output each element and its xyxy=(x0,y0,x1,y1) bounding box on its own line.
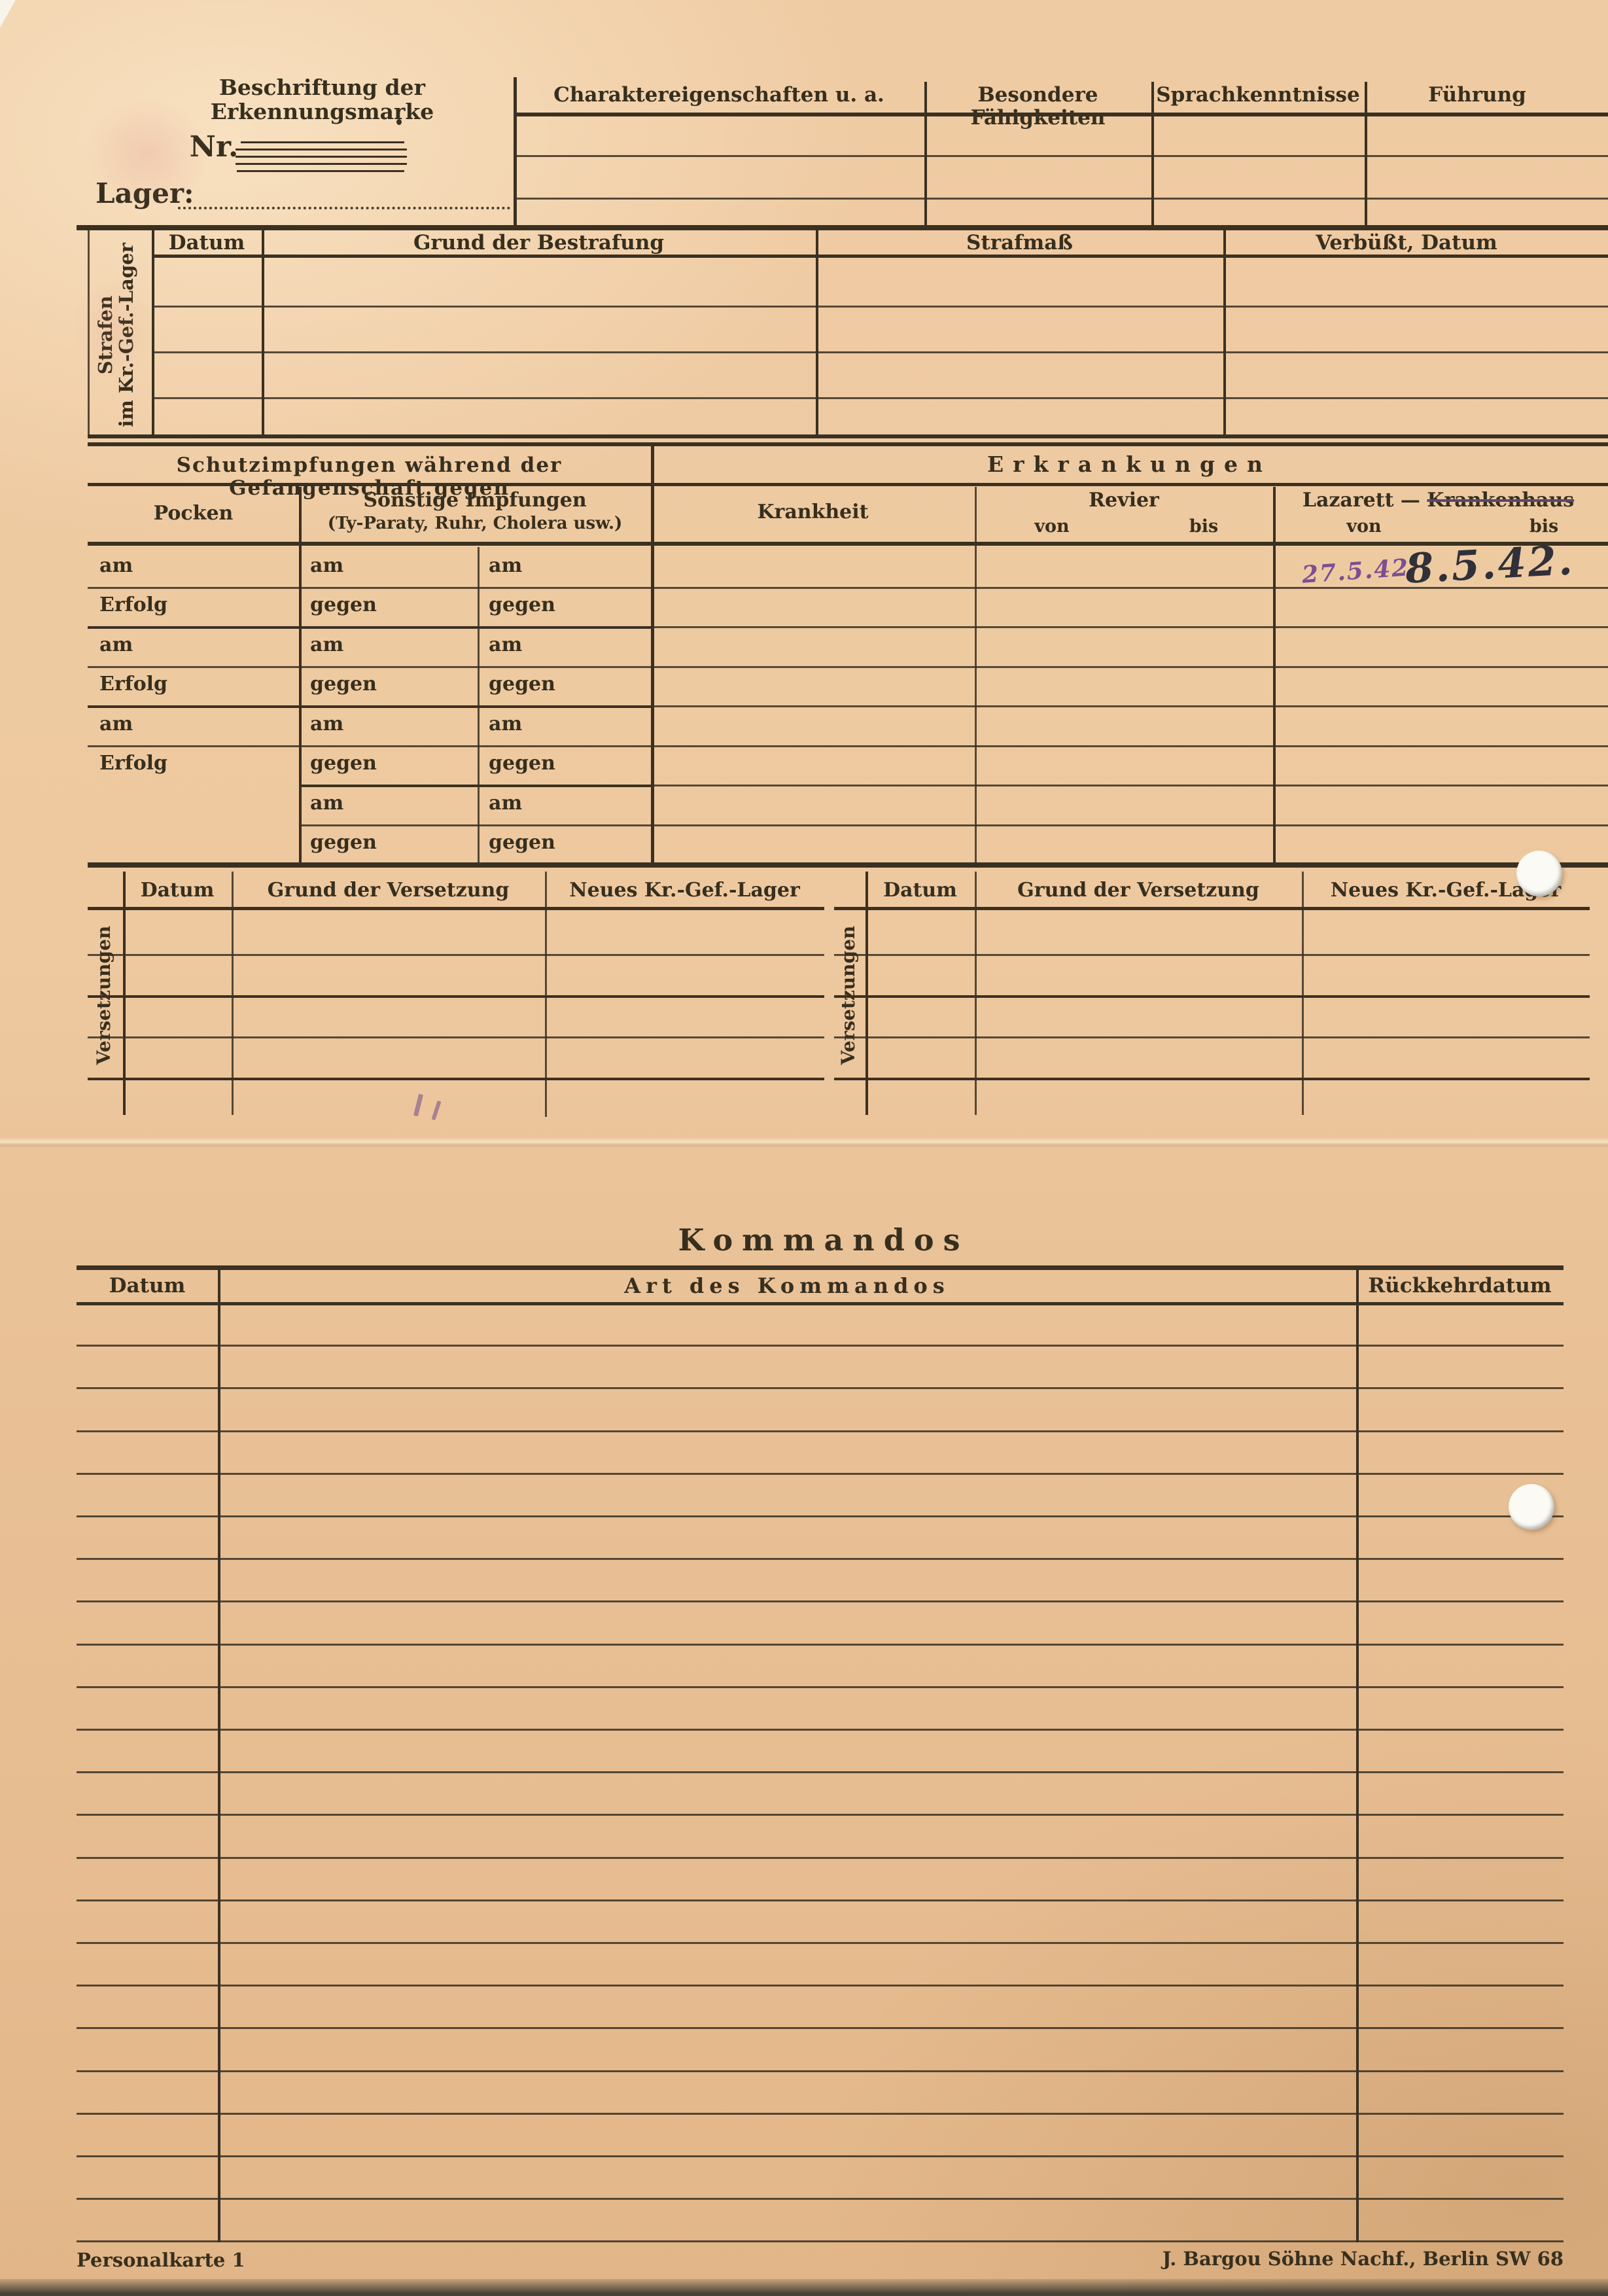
ink-speck xyxy=(413,1094,423,1117)
sonstige1-row-label: gegen xyxy=(310,673,441,696)
rule-line xyxy=(77,2155,1564,2157)
divider-line xyxy=(262,230,264,437)
rule-line xyxy=(88,666,1608,668)
divider-line xyxy=(865,872,868,1115)
hole-punch-bottom xyxy=(1509,1484,1554,1530)
rule-line xyxy=(88,1036,824,1038)
ink-speck xyxy=(432,1101,442,1120)
revier-von-label: von xyxy=(1019,517,1085,537)
col-sonstige-line2: (Ty-Paraty, Ruhr, Cholera usw.) xyxy=(299,514,651,533)
rule-line xyxy=(299,785,651,787)
divider-line xyxy=(123,872,126,1115)
strafen-header-verbuesst: Verbüßt, Datum xyxy=(1223,232,1590,255)
scan-bottom-edge xyxy=(0,2279,1608,2296)
rule-line xyxy=(88,954,824,956)
rule-line xyxy=(77,1985,1564,1987)
rule-line xyxy=(77,1265,1564,1270)
sonstige2-row-label: gegen xyxy=(489,752,620,775)
divider-line xyxy=(299,487,302,864)
rule-line xyxy=(514,113,1608,116)
rule-line xyxy=(88,862,1608,868)
lazarett-prefix: Lazarett — xyxy=(1302,489,1420,512)
rule-line xyxy=(77,2113,1564,2115)
rule-line xyxy=(834,907,1590,910)
handwriting-lazarett-von: 27.5.42 xyxy=(1301,554,1410,588)
sonstige2-row-label: am xyxy=(489,555,620,577)
sonstige1-row-label: am xyxy=(310,634,441,656)
rule-line xyxy=(77,1345,1564,1347)
sonstige2-row-label: gegen xyxy=(489,594,620,616)
divider-line xyxy=(478,547,480,864)
col-krankheit: Krankheit xyxy=(651,501,975,523)
col-revier: Revier xyxy=(975,489,1273,512)
col-pocken: Pocken xyxy=(88,503,299,525)
rule-line xyxy=(88,587,1608,589)
col-lazarett: Lazarett — Krankenhaus xyxy=(1273,489,1603,512)
rule-line xyxy=(77,1686,1564,1688)
rule-line xyxy=(77,1899,1564,1901)
rule-line xyxy=(88,1078,824,1080)
rule-line xyxy=(834,1078,1590,1080)
versetzungen-r-datum: Datum xyxy=(865,879,975,902)
versetzungen-l-datum: Datum xyxy=(123,879,232,902)
rule-line xyxy=(77,1942,1564,1944)
rule-line xyxy=(77,2070,1564,2072)
sonstige1-row-label: am xyxy=(310,555,441,577)
rule-line xyxy=(651,705,1608,707)
rule-line xyxy=(834,1036,1590,1038)
rule-line xyxy=(88,907,824,910)
kommandos-title: Kommandos xyxy=(542,1224,1105,1258)
pink-stain-faint xyxy=(72,275,157,380)
rule-line xyxy=(152,306,1608,308)
pocken-row-label: am xyxy=(99,555,230,577)
lazarett-von-label: von xyxy=(1331,517,1397,537)
rule-line xyxy=(77,1644,1564,1646)
divider-line xyxy=(1273,487,1276,864)
lager-dotted-line[interactable] xyxy=(178,185,510,209)
pocken-row-label: am xyxy=(99,713,230,735)
handwriting-lazarett-bis: 8.5.42. xyxy=(1404,536,1575,592)
rule-line xyxy=(88,995,824,998)
rule-line xyxy=(88,626,651,629)
strafen-header-grund: Grund der Bestrafung xyxy=(262,232,816,255)
rule-line xyxy=(88,705,651,708)
rule-line xyxy=(77,1387,1564,1389)
divider-line xyxy=(975,872,977,1115)
versetzungen-r-grund: Grund der Versetzung xyxy=(975,879,1302,902)
divider-line xyxy=(651,446,654,864)
divider-line xyxy=(232,872,234,1115)
versetzungen-l-grund: Grund der Versetzung xyxy=(232,879,545,902)
sonstige2-row-label: gegen xyxy=(489,673,620,696)
divider-line xyxy=(1302,872,1304,1115)
rule-line xyxy=(152,397,1608,399)
pocken-row-label: Erfolg xyxy=(99,752,230,775)
col-sonstige-line1: Sonstige Impfungen xyxy=(299,489,651,512)
divider-line xyxy=(1151,82,1154,225)
divider-line xyxy=(514,77,517,225)
rule-line xyxy=(77,225,1608,230)
divider-line xyxy=(1365,82,1367,225)
rule-line xyxy=(834,995,1590,998)
rule-line xyxy=(651,626,1608,628)
pocken-row-label: am xyxy=(99,634,230,656)
krankenhaus-struck: Krankenhaus xyxy=(1427,489,1574,512)
divider-line xyxy=(1223,230,1226,437)
revier-bis-label: bis xyxy=(1171,517,1236,537)
strafen-header-strafmass: Strafmaß xyxy=(816,232,1223,255)
divider-line xyxy=(1356,1265,1359,2242)
rule-line xyxy=(77,2027,1564,2029)
rule-line xyxy=(514,198,1608,200)
header-fuehrung: Führung xyxy=(1365,84,1590,107)
sonstige1-row-label: gegen xyxy=(310,752,441,775)
lazarett-bis-label: bis xyxy=(1511,517,1577,537)
rule-line xyxy=(77,1302,1564,1305)
rule-line xyxy=(834,954,1590,956)
sonstige2-row-label: am xyxy=(489,792,620,815)
fold-crease xyxy=(0,1137,1608,1148)
rule-line xyxy=(651,824,1608,826)
rule-line xyxy=(77,1857,1564,1859)
pink-stain xyxy=(85,98,209,209)
rule-line xyxy=(514,155,1608,157)
sonstige1-row-label: gegen xyxy=(310,832,441,854)
scan-corner-notch xyxy=(0,0,16,27)
pocken-row-label: Erfolg xyxy=(99,594,230,616)
versetzungen-l-neues: Neues Kr.-Gef.-Lager xyxy=(545,879,824,902)
rule-line xyxy=(88,434,1608,438)
strafen-header-datum: Datum xyxy=(152,232,262,255)
pocken-row-label: Erfolg xyxy=(99,673,230,696)
rule-line xyxy=(77,2198,1564,2200)
rule-line xyxy=(88,442,1608,446)
rule-line xyxy=(77,1814,1564,1816)
rule-line xyxy=(88,542,1608,546)
footer-card-name: Personalkarte 1 xyxy=(77,2250,404,2270)
header-besondere-faehigkeiten: Besondere Fähigkeiten xyxy=(924,84,1151,129)
sonstige1-row-label: am xyxy=(310,792,441,815)
sonstige1-row-label: am xyxy=(310,713,441,735)
rule-line xyxy=(77,1600,1564,1602)
kommandos-header-datum: Datum xyxy=(77,1275,218,1298)
erkrankungen-title: Erkrankungen xyxy=(651,453,1608,477)
divider-line xyxy=(975,487,977,864)
personalkarte-back-page: Beschriftung der Erkennungsmarke Nr. Lag… xyxy=(0,0,1608,2296)
rule-line xyxy=(77,1515,1564,1517)
rule-line xyxy=(152,255,1608,258)
rule-line xyxy=(77,1729,1564,1731)
rule-line xyxy=(77,2240,1564,2242)
divider-line xyxy=(924,82,927,225)
kommandos-header-rueckkehr: Rückkehrdatum xyxy=(1356,1275,1564,1298)
divider-line xyxy=(218,1265,220,2242)
rule-line xyxy=(77,1558,1564,1560)
rule-line xyxy=(77,1430,1564,1432)
rule-line xyxy=(152,351,1608,353)
header-charaktereigenschaften: Charaktereigenschaften u. a. xyxy=(514,84,924,107)
rule-line xyxy=(88,483,1608,486)
rule-line xyxy=(88,745,1608,747)
divider-line xyxy=(545,872,547,1117)
sonstige2-row-label: am xyxy=(489,634,620,656)
kommandos-header-art: Art des Kommandos xyxy=(218,1275,1356,1298)
footer-printer-imprint: J. Bargou Söhne Nachf., Berlin SW 68 xyxy=(1112,2248,1564,2269)
rule-line xyxy=(77,1771,1564,1773)
sonstige2-row-label: gegen xyxy=(489,832,620,854)
sonstige2-row-label: am xyxy=(489,713,620,735)
divider-line xyxy=(816,230,818,437)
hole-punch-top xyxy=(1516,851,1562,896)
header-sprachkenntnisse: Sprachkenntnisse xyxy=(1151,84,1365,107)
sonstige1-row-label: gegen xyxy=(310,594,441,616)
rule-line xyxy=(651,785,1608,786)
rule-line xyxy=(77,1473,1564,1475)
rule-line xyxy=(299,824,651,826)
